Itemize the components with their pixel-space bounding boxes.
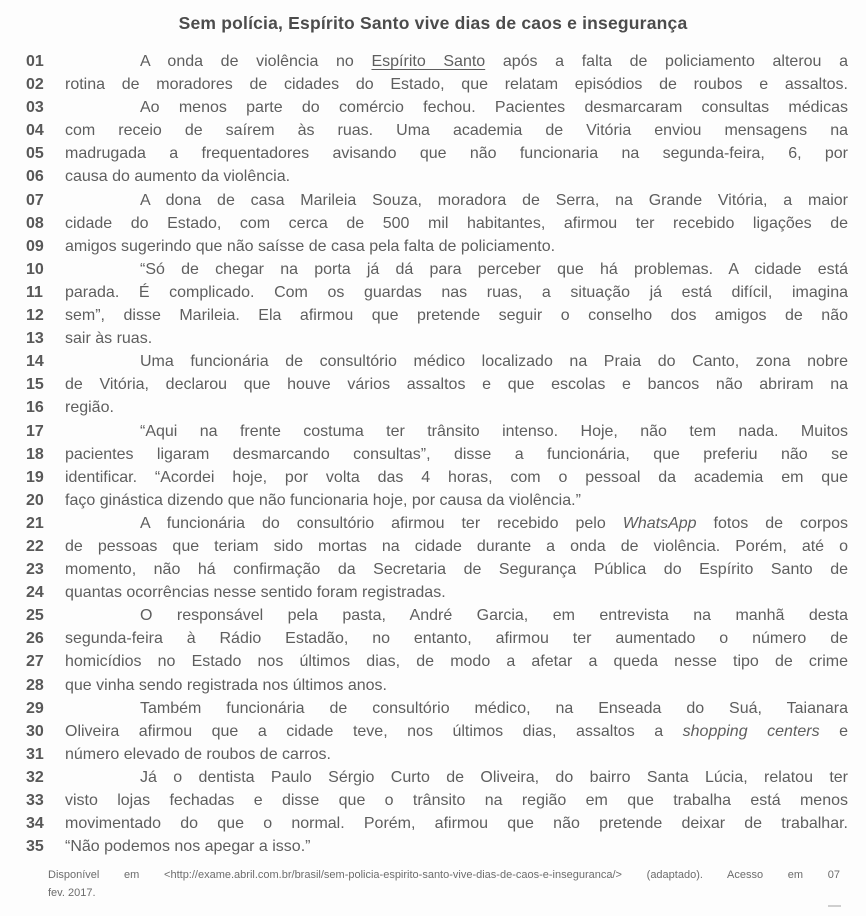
line-number: 35 (26, 835, 50, 858)
line-number: 06 (26, 165, 50, 188)
plain-text: “Não podemos nos apegar a isso.” (65, 838, 310, 855)
plain-text: com receio de saírem às ruas. Uma academ… (65, 122, 848, 139)
text-line: 32Já o dentista Paulo Sérgio Curto de Ol… (0, 766, 866, 789)
line-number: 22 (26, 535, 50, 558)
plain-text: número elevado de roubos de carros. (65, 746, 331, 763)
underlined-text: Espírito Santo (371, 53, 485, 70)
text-line: 12sem”, disse Marileia. Ela afirmou que … (0, 304, 866, 327)
plain-text: após a falta de policiamento alterou a (485, 53, 848, 70)
line-text: faço ginástica dizendo que não funcionar… (65, 489, 848, 512)
line-number: 16 (26, 396, 50, 419)
text-line: 01A onda de violência no Espírito Santo … (0, 50, 866, 73)
line-number: 34 (26, 812, 50, 835)
line-text: Ao menos parte do comércio fechou. Pacie… (65, 96, 848, 119)
plain-text: Uma funcionária de consultório médico lo… (140, 353, 848, 370)
text-line: 09amigos sugerindo que não saísse de cas… (0, 235, 866, 258)
line-number: 09 (26, 235, 50, 258)
line-number: 25 (26, 604, 50, 627)
plain-text: causa do aumento da violência. (65, 168, 290, 185)
scan-artifact (828, 905, 841, 907)
line-number: 27 (26, 650, 50, 673)
source-citation-line-2: fev. 2017. (48, 885, 840, 903)
plain-text: “Aqui na frente costuma ter trânsito int… (140, 423, 848, 440)
plain-text: região. (65, 399, 114, 416)
line-number: 03 (26, 96, 50, 119)
source-citation-line-1: Disponível em <http://exame.abril.com.br… (48, 867, 840, 885)
line-number: 23 (26, 558, 50, 581)
line-text: Uma funcionária de consultório médico lo… (65, 350, 848, 373)
text-line: 29Também funcionária de consultório médi… (0, 697, 866, 720)
italic-text: WhatsApp (623, 515, 697, 532)
text-line: 02rotina de moradores de cidades do Esta… (0, 73, 866, 96)
text-line: 33visto lojas fechadas e disse que o trâ… (0, 789, 866, 812)
line-text: “Só de chegar na porta já dá para perceb… (65, 258, 848, 281)
line-number: 17 (26, 420, 50, 443)
line-number: 28 (26, 674, 50, 697)
text-line: 21A funcionária do consultório afirmou t… (0, 512, 866, 535)
text-line: 24quantas ocorrências nesse sentido fora… (0, 581, 866, 604)
line-text: sem”, disse Marileia. Ela afirmou que pr… (65, 304, 848, 327)
plain-text: segunda-feira à Rádio Estadão, no entant… (65, 630, 848, 647)
text-line: 20faço ginástica dizendo que não funcion… (0, 489, 866, 512)
line-text: de pessoas que teriam sido mortas na cid… (65, 535, 848, 558)
text-line: 31número elevado de roubos de carros. (0, 743, 866, 766)
line-text: segunda-feira à Rádio Estadão, no entant… (65, 627, 848, 650)
plain-text: que vinha sendo registrada nos últimos a… (65, 677, 387, 694)
line-number: 31 (26, 743, 50, 766)
plain-text: amigos sugerindo que não saísse de casa … (65, 238, 555, 255)
text-line: 05madrugada a frequentadores avisando qu… (0, 142, 866, 165)
plain-text: sem”, disse Marileia. Ela afirmou que pr… (65, 307, 848, 324)
plain-text: identificar. “Acordei hoje, por volta da… (65, 469, 848, 486)
line-number: 11 (26, 281, 50, 304)
line-text: momento, não há confirmação da Secretari… (65, 558, 848, 581)
line-number: 12 (26, 304, 50, 327)
line-number: 05 (26, 142, 50, 165)
plain-text: Ao menos parte do comércio fechou. Pacie… (140, 99, 848, 116)
text-line: 18pacientes ligaram desmarcando consulta… (0, 443, 866, 466)
plain-text: homicídios no Estado nos últimos dias, d… (65, 653, 848, 670)
text-line: 27homicídios no Estado nos últimos dias,… (0, 650, 866, 673)
plain-text: fotos de corpos (697, 515, 848, 532)
plain-text: A dona de casa Marileia Souza, moradora … (140, 192, 848, 209)
text-line: 26segunda-feira à Rádio Estadão, no enta… (0, 627, 866, 650)
text-line: 35“Não podemos nos apegar a isso.” (0, 835, 866, 858)
text-line: 03Ao menos parte do comércio fechou. Pac… (0, 96, 866, 119)
text-line: 13sair às ruas. (0, 327, 866, 350)
text-line: 17“Aqui na frente costuma ter trânsito i… (0, 420, 866, 443)
line-number: 29 (26, 697, 50, 720)
line-text: pacientes ligaram desmarcando consultas”… (65, 443, 848, 466)
line-number: 01 (26, 50, 50, 73)
plain-text: A onda de violência no (140, 53, 371, 70)
line-text: sair às ruas. (65, 327, 848, 350)
plain-text: Também funcionária de consultório médico… (140, 700, 848, 717)
text-line: 23momento, não há confirmação da Secreta… (0, 558, 866, 581)
line-text: “Aqui na frente costuma ter trânsito int… (65, 420, 848, 443)
text-line: 14Uma funcionária de consultório médico … (0, 350, 866, 373)
text-line: 19identificar. “Acordei hoje, por volta … (0, 466, 866, 489)
line-text: número elevado de roubos de carros. (65, 743, 848, 766)
plain-text: e (820, 723, 848, 740)
plain-text: momento, não há confirmação da Secretari… (65, 561, 848, 578)
line-number: 14 (26, 350, 50, 373)
line-text: “Não podemos nos apegar a isso.” (65, 835, 848, 858)
line-text: amigos sugerindo que não saísse de casa … (65, 235, 848, 258)
line-number: 07 (26, 189, 50, 212)
plain-text: rotina de moradores de cidades do Estado… (65, 76, 848, 93)
line-number: 15 (26, 373, 50, 396)
plain-text: parada. É complicado. Com os guardas nas… (65, 284, 848, 301)
text-line: 10“Só de chegar na porta já dá para perc… (0, 258, 866, 281)
line-text: Já o dentista Paulo Sérgio Curto de Oliv… (65, 766, 848, 789)
plain-text: O responsável pela pasta, André Garcia, … (140, 607, 848, 624)
line-number: 18 (26, 443, 50, 466)
line-text: que vinha sendo registrada nos últimos a… (65, 674, 848, 697)
line-text: com receio de saírem às ruas. Uma academ… (65, 119, 848, 142)
plain-text: Já o dentista Paulo Sérgio Curto de Oliv… (140, 769, 848, 786)
line-text: Oliveira afirmou que a cidade teve, nos … (65, 720, 848, 743)
line-number: 04 (26, 119, 50, 142)
line-text: homicídios no Estado nos últimos dias, d… (65, 650, 848, 673)
plain-text: pacientes ligaram desmarcando consultas”… (65, 446, 848, 463)
line-text: A onda de violência no Espírito Santo ap… (65, 50, 848, 73)
text-line: 16região. (0, 396, 866, 419)
line-number: 10 (26, 258, 50, 281)
italic-text: shopping centers (683, 723, 820, 740)
plain-text: faço ginástica dizendo que não funcionar… (65, 492, 581, 509)
line-text: causa do aumento da violência. (65, 165, 848, 188)
line-text: visto lojas fechadas e disse que o trâns… (65, 789, 848, 812)
line-text: de Vitória, declarou que houve vários as… (65, 373, 848, 396)
line-text: O responsável pela pasta, André Garcia, … (65, 604, 848, 627)
line-number: 21 (26, 512, 50, 535)
plain-text: de Vitória, declarou que houve vários as… (65, 376, 848, 393)
line-text: quantas ocorrências nesse sentido foram … (65, 581, 848, 604)
plain-text: visto lojas fechadas e disse que o trâns… (65, 792, 848, 809)
plain-text: “Só de chegar na porta já dá para perceb… (140, 261, 848, 278)
line-number: 20 (26, 489, 50, 512)
text-line: 34movimentado do que o normal. Porém, af… (0, 812, 866, 835)
line-text: cidade do Estado, com cerca de 500 mil h… (65, 212, 848, 235)
line-number: 19 (26, 466, 50, 489)
line-number: 02 (26, 73, 50, 96)
text-line: 25O responsável pela pasta, André Garcia… (0, 604, 866, 627)
plain-text: A funcionária do consultório afirmou ter… (140, 515, 623, 532)
line-number: 13 (26, 327, 50, 350)
text-line: 04com receio de saírem às ruas. Uma acad… (0, 119, 866, 142)
plain-text: cidade do Estado, com cerca de 500 mil h… (65, 215, 848, 232)
document-page: Sem polícia, Espírito Santo vive dias de… (0, 0, 866, 916)
line-number: 24 (26, 581, 50, 604)
text-line: 30Oliveira afirmou que a cidade teve, no… (0, 720, 866, 743)
line-text: parada. É complicado. Com os guardas nas… (65, 281, 848, 304)
line-text: região. (65, 396, 848, 419)
plain-text: movimentado do que o normal. Porém, afir… (65, 815, 848, 832)
text-line: 28que vinha sendo registrada nos últimos… (0, 674, 866, 697)
text-line: 08cidade do Estado, com cerca de 500 mil… (0, 212, 866, 235)
line-text: A funcionária do consultório afirmou ter… (65, 512, 848, 535)
line-text: madrugada a frequentadores avisando que … (65, 142, 848, 165)
plain-text: madrugada a frequentadores avisando que … (65, 145, 848, 162)
line-text: identificar. “Acordei hoje, por volta da… (65, 466, 848, 489)
line-number: 08 (26, 212, 50, 235)
line-number: 32 (26, 766, 50, 789)
source-citation: Disponível em <http://exame.abril.com.br… (48, 867, 840, 902)
line-text: movimentado do que o normal. Porém, afir… (65, 812, 848, 835)
text-line: 15de Vitória, declarou que houve vários … (0, 373, 866, 396)
line-text: A dona de casa Marileia Souza, moradora … (65, 189, 848, 212)
plain-text: sair às ruas. (65, 330, 152, 347)
line-number: 33 (26, 789, 50, 812)
line-text: rotina de moradores de cidades do Estado… (65, 73, 848, 96)
text-line: 07A dona de casa Marileia Souza, morador… (0, 189, 866, 212)
text-line: 11parada. É complicado. Com os guardas n… (0, 281, 866, 304)
plain-text: de pessoas que teriam sido mortas na cid… (65, 538, 848, 555)
text-line: 22de pessoas que teriam sido mortas na c… (0, 535, 866, 558)
line-number: 26 (26, 627, 50, 650)
line-number: 30 (26, 720, 50, 743)
plain-text: Oliveira afirmou que a cidade teve, nos … (65, 723, 683, 740)
text-lines: 01A onda de violência no Espírito Santo … (0, 50, 866, 858)
text-line: 06causa do aumento da violência. (0, 165, 866, 188)
line-text: Também funcionária de consultório médico… (65, 697, 848, 720)
page-title: Sem polícia, Espírito Santo vive dias de… (0, 13, 866, 34)
plain-text: quantas ocorrências nesse sentido foram … (65, 584, 446, 601)
